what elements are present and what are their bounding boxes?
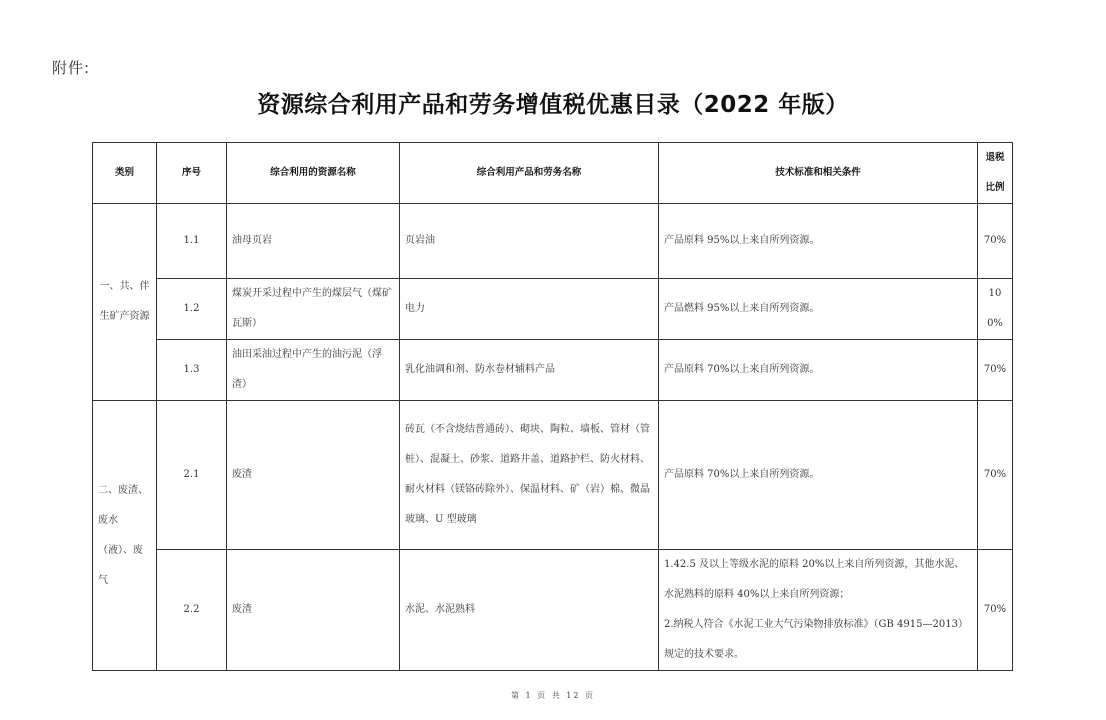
header-conditions: 技术标准和相关条件 [659,143,978,204]
category-cell: 二、废渣、废水（液）、废气 [93,401,157,671]
product-cell: 电力 [400,279,659,340]
rate-cell: 70% [978,401,1013,550]
conditions-cell: 产品原料 70%以上来自所列资源。 [659,340,978,401]
seq-cell: 1.3 [157,340,227,401]
product-cell: 页岩油 [400,204,659,279]
preferential-catalog-table: 类别 序号 综合利用的资源名称 综合利用产品和劳务名称 技术标准和相关条件 退税… [92,142,1013,671]
seq-cell: 2.2 [157,550,227,671]
condition-item: 2.纳税人符合《水泥工业大气污染物排放标准》（GB 4915—2013）规定的技… [664,610,972,670]
table-header-row: 类别 序号 综合利用的资源名称 综合利用产品和劳务名称 技术标准和相关条件 退税… [93,143,1013,204]
rate-cell: 70% [978,204,1013,279]
resource-cell: 油母页岩 [227,204,400,279]
table-row: 2.2 废渣 水泥、水泥熟料 1.42.5 及以上等级水泥的原料 20%以上来自… [93,550,1013,671]
conditions-cell: 产品燃料 95%以上来自所列资源。 [659,279,978,340]
document-title: 资源综合利用产品和劳务增值税优惠目录（2022 年版） [0,86,1106,119]
condition-item: 1.42.5 及以上等级水泥的原料 20%以上来自所列资源，其他水泥、水泥熟料的… [664,550,972,610]
seq-cell: 1.2 [157,279,227,340]
seq-cell: 1.1 [157,204,227,279]
header-refund-rate-line2: 比例 [983,173,1007,203]
product-cell: 水泥、水泥熟料 [400,550,659,671]
resource-cell: 废渣 [227,550,400,671]
resource-cell: 油田采油过程中产生的油污泥（浮渣） [227,340,400,401]
rate-cell: 100% [978,279,1013,340]
conditions-cell: 产品原料 95%以上来自所列资源。 [659,204,978,279]
rate-cell: 70% [978,550,1013,671]
product-cell: 砖瓦（不含烧结普通砖）、砌块、陶粒、墙板、管材（管桩）、混凝土、砂浆、道路井盖、… [400,401,659,550]
table-row: 1.2 煤炭开采过程中产生的煤层气（煤矿瓦斯） 电力 产品燃料 95%以上来自所… [93,279,1013,340]
table-row: 1.3 油田采油过程中产生的油污泥（浮渣） 乳化油调和剂、防水卷材辅料产品 产品… [93,340,1013,401]
resource-cell: 废渣 [227,401,400,550]
page-number-footer: 第 1 页 共 12 页 [0,690,1106,701]
resource-cell: 煤炭开采过程中产生的煤层气（煤矿瓦斯） [227,279,400,340]
seq-cell: 2.1 [157,401,227,550]
table-row: 二、废渣、废水（液）、废气 2.1 废渣 砖瓦（不含烧结普通砖）、砌块、陶粒、墙… [93,401,1013,550]
category-cell: 一、共、伴生矿产资源 [93,204,157,401]
header-category: 类别 [93,143,157,204]
header-resource-name: 综合利用的资源名称 [227,143,400,204]
table-row: 一、共、伴生矿产资源 1.1 油母页岩 页岩油 产品原料 95%以上来自所列资源… [93,204,1013,279]
rate-cell: 70% [978,340,1013,401]
header-seq: 序号 [157,143,227,204]
header-product-name: 综合利用产品和劳务名称 [400,143,659,204]
product-cell: 乳化油调和剂、防水卷材辅料产品 [400,340,659,401]
header-refund-rate: 退税 比例 [978,143,1013,204]
header-refund-rate-line1: 退税 [983,143,1007,173]
attachment-label: 附件: [52,57,90,78]
conditions-cell: 产品原料 70%以上来自所列资源。 [659,401,978,550]
conditions-cell: 1.42.5 及以上等级水泥的原料 20%以上来自所列资源，其他水泥、水泥熟料的… [659,550,978,671]
